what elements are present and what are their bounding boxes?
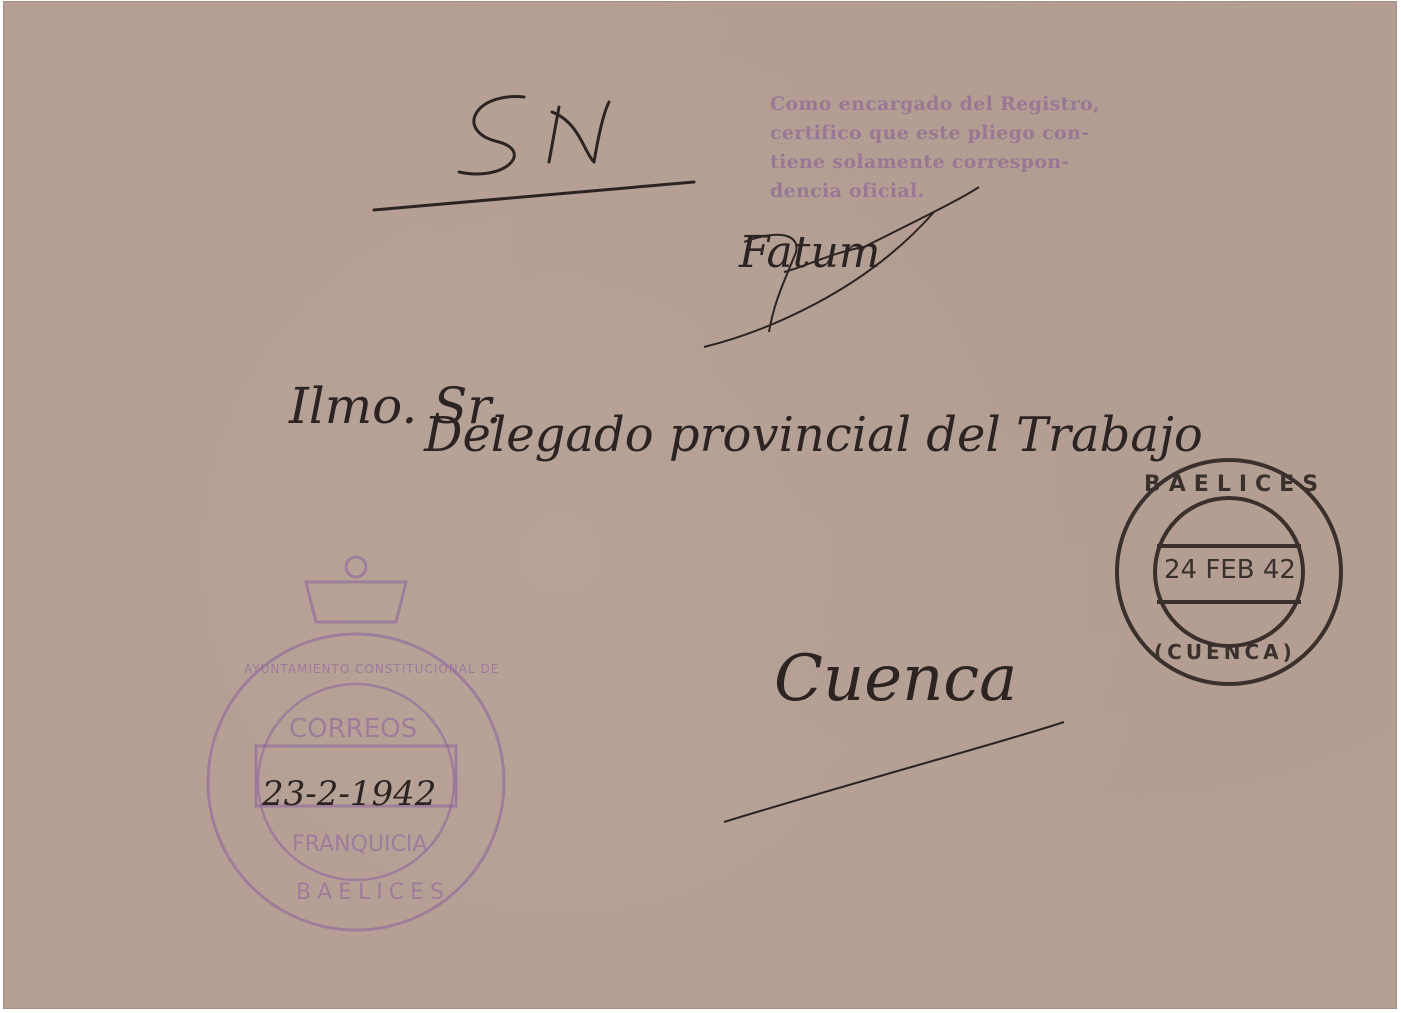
envelope: Como encargado del Registro, certifico q… — [4, 2, 1396, 1008]
addressee: Delegado provincial del Trabajo — [424, 407, 1203, 463]
postmark-town: BAELICES — [1144, 472, 1326, 497]
markings-layer — [4, 2, 1396, 1008]
postmark-date: 24 FEB 42 — [1164, 555, 1296, 585]
seal-handwritten-date: 23-2-1942 — [262, 774, 436, 814]
seal-town: BAELICES — [296, 880, 450, 905]
seal-bottom-text: FRANQUICIA — [292, 832, 427, 857]
postmark-province: (CUENCA) — [1154, 640, 1296, 664]
seal-top-text: CORREOS — [289, 714, 417, 744]
city: Cuenca — [774, 642, 1017, 716]
seal-outer-text: AYUNTAMIENTO CONSTITUCIONAL DE — [244, 662, 499, 676]
city-underline — [724, 722, 1064, 822]
signature: Fatum — [739, 227, 881, 278]
